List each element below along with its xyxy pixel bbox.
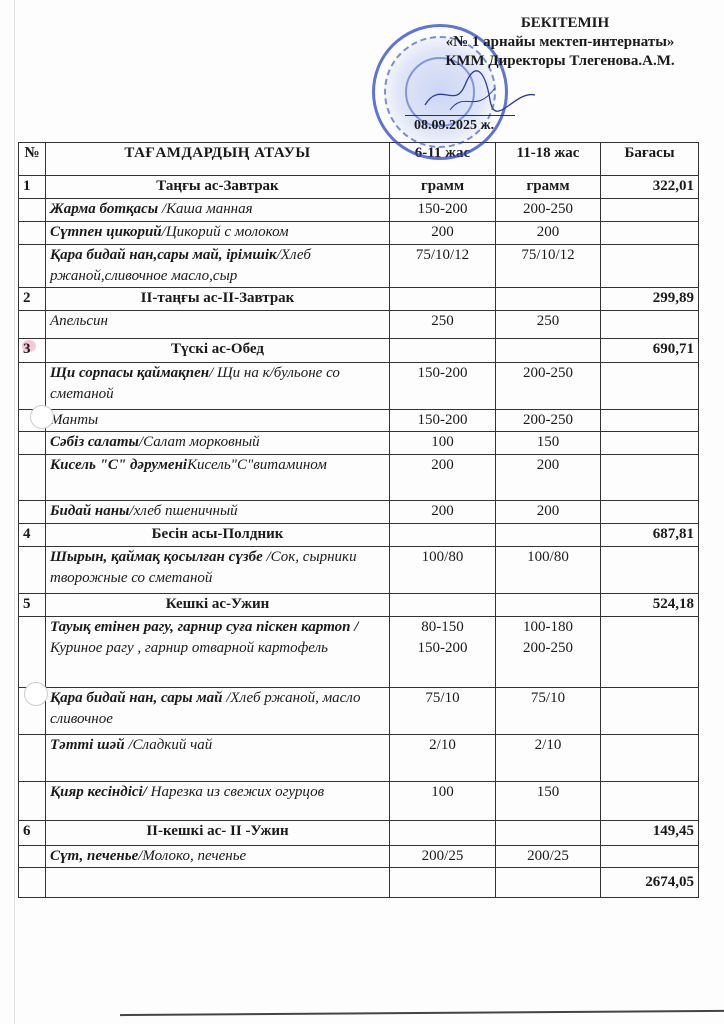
unit-6-11: грамм <box>390 176 496 199</box>
dish-name-ru: /Каша манная <box>158 201 252 217</box>
header-age-11-18: 11-18 жас <box>496 143 601 176</box>
empty-cell <box>601 222 699 245</box>
empty-cell <box>601 617 699 688</box>
meal-title: II-кешкі ас- II -Ужин <box>46 821 390 846</box>
meal-number: 5 <box>19 594 46 617</box>
meal-title: Бесін асы-Полдник <box>46 524 390 547</box>
empty-cell <box>19 501 46 524</box>
portion-6-11: 200/25 <box>390 846 496 868</box>
dish-row: Жарма ботқасы /Каша манная150-200200-250 <box>19 199 699 222</box>
dish-name: Тауық етінен рагу, гарнир суға піскен ка… <box>46 617 390 688</box>
portion-11-18: 75/10 <box>496 688 601 735</box>
meal-title: Таңғы ас-Завтрак <box>46 176 390 199</box>
dish-name-kz: Щи сорпасы қаймақпен <box>50 365 209 381</box>
empty-cell <box>601 782 699 821</box>
approval-date: 08.09.2025 ж. <box>414 118 494 134</box>
total-row: 2674,05 <box>19 868 699 898</box>
dish-name-kz: Жарма ботқасы <box>50 201 158 217</box>
empty-cell <box>19 735 46 782</box>
portion-6-11: 2/10 <box>390 735 496 782</box>
meal-title: Кешкі ас-Ужин <box>46 594 390 617</box>
empty-cell <box>19 432 46 455</box>
portion-6-11: 80-150 150-200 <box>390 617 496 688</box>
unit-6-11 <box>390 594 496 617</box>
empty-cell <box>601 846 699 868</box>
dish-name: Щи сорпасы қаймақпен/ Щи на к/бульоне со… <box>46 363 390 410</box>
approval-block: БЕКІТЕМІН «№ 1 арнайы мектеп-интернаты» … <box>380 14 710 71</box>
portion-11-18: 200-250 <box>496 199 601 222</box>
scan-edge <box>120 1010 724 1016</box>
dish-name-ru: Апельсин <box>50 313 108 329</box>
dish-name-ru: Кисель"С"витамином <box>187 457 327 473</box>
dish-name: Тәтті шәй /Сладкий чай <box>46 735 390 782</box>
portion-11-18: 200-250 <box>496 363 601 410</box>
empty-cell <box>496 868 601 898</box>
dish-name-ru: Нарезка из свежих огурцов <box>147 784 324 800</box>
dish-name-kz: Сүт, печенье <box>50 848 138 864</box>
dish-name-ru: /Молоко, печенье <box>138 848 246 864</box>
dish-name: Сүтпен цикорий/Цикорий с молоком <box>46 222 390 245</box>
unit-11-18 <box>496 821 601 846</box>
menu-body: 1Таңғы ас-Завтракграммграмм322,01Жарма б… <box>19 176 699 898</box>
empty-cell <box>19 245 46 288</box>
portion-11-18: 200-250 <box>496 410 601 432</box>
empty-cell <box>19 547 46 594</box>
dish-name: Бидай наны/хлеб пшеничный <box>46 501 390 524</box>
portion-6-11: 100 <box>390 432 496 455</box>
dish-row: Сәбіз салаты/Салат морковный100150 <box>19 432 699 455</box>
dish-name-kz: Қара бидай нан,сары май, ірімшік <box>50 247 277 263</box>
empty-cell <box>19 617 46 688</box>
dish-name: Жарма ботқасы /Каша манная <box>46 199 390 222</box>
meal-number: 1 <box>19 176 46 199</box>
dish-row: Қара бидай нан,сары май, ірімшік/Хлеб рж… <box>19 245 699 288</box>
portion-6-11: 150-200 <box>390 363 496 410</box>
empty-cell <box>601 410 699 432</box>
portion-11-18: 200 <box>496 501 601 524</box>
dish-row: Манты150-200200-250 <box>19 410 699 432</box>
unit-6-11 <box>390 339 496 363</box>
dish-row: Қияр кесіндісі/ Нарезка из свежих огурцо… <box>19 782 699 821</box>
meal-price: 687,81 <box>601 524 699 547</box>
unit-11-18 <box>496 594 601 617</box>
approval-institution: «№ 1 арнайы мектеп-интернаты» <box>410 33 710 52</box>
empty-cell <box>46 868 390 898</box>
unit-11-18 <box>496 339 601 363</box>
dish-name-ru: /Цикорий с молоком <box>162 224 289 240</box>
unit-11-18 <box>496 288 601 311</box>
empty-cell <box>601 688 699 735</box>
empty-cell <box>19 782 46 821</box>
meal-title: Түскі ас-Обед <box>46 339 390 363</box>
dish-row: Қара бидай нан, сары май /Хлеб ржаной, м… <box>19 688 699 735</box>
empty-cell <box>19 199 46 222</box>
dish-name: Қара бидай нан, сары май /Хлеб ржаной, м… <box>46 688 390 735</box>
dish-name: Қара бидай нан,сары май, ірімшік/Хлеб рж… <box>46 245 390 288</box>
empty-cell <box>19 868 46 898</box>
dish-name-ru: /хлеб пшеничный <box>129 503 237 519</box>
portion-11-18: 2/10 <box>496 735 601 782</box>
dish-name-ru: /Сладкий чай <box>125 737 213 753</box>
portion-6-11: 100 <box>390 782 496 821</box>
header-name: ТАҒАМДАРДЫҢ АТАУЫ <box>46 143 390 176</box>
meal-number: 6 <box>19 821 46 846</box>
unit-11-18: грамм <box>496 176 601 199</box>
menu-table: № ТАҒАМДАРДЫҢ АТАУЫ 6-11 жас 11-18 жас Б… <box>18 142 699 898</box>
meal-price: 149,45 <box>601 821 699 846</box>
meal-row: 3Түскі ас-Обед690,71 <box>19 339 699 363</box>
dish-row: Сүтпен цикорий/Цикорий с молоком200200 <box>19 222 699 245</box>
dish-name: Сәбіз салаты/Салат морковный <box>46 432 390 455</box>
portion-11-18: 200 <box>496 455 601 501</box>
portion-11-18: 200 <box>496 222 601 245</box>
portion-11-18: 150 <box>496 432 601 455</box>
punch-hole <box>24 682 48 706</box>
meal-price: 322,01 <box>601 176 699 199</box>
empty-cell <box>601 501 699 524</box>
empty-cell <box>19 222 46 245</box>
unit-6-11 <box>390 821 496 846</box>
meal-row: 5Кешкі ас-Ужин524,18 <box>19 594 699 617</box>
meal-number: 3 <box>19 339 46 363</box>
portion-11-18: 75/10/12 <box>496 245 601 288</box>
empty-cell <box>601 363 699 410</box>
empty-cell <box>601 311 699 339</box>
empty-cell <box>601 455 699 501</box>
meal-title: II-таңғы ас-II-Завтрак <box>46 288 390 311</box>
empty-cell <box>19 311 46 339</box>
meal-price: 690,71 <box>601 339 699 363</box>
empty-cell <box>19 363 46 410</box>
meal-row: 6II-кешкі ас- II -Ужин149,45 <box>19 821 699 846</box>
total-price: 2674,05 <box>601 868 699 898</box>
empty-cell <box>601 245 699 288</box>
dish-row: Бидай наны/хлеб пшеничный200200 <box>19 501 699 524</box>
dish-row: Щи сорпасы қаймақпен/ Щи на к/бульоне со… <box>19 363 699 410</box>
portion-11-18: 250 <box>496 311 601 339</box>
punch-hole <box>30 405 54 429</box>
dish-name: Апельсин <box>46 311 390 339</box>
approval-title: БЕКІТЕМІН <box>420 14 710 33</box>
dish-name-ru: /Салат морковный <box>139 434 260 450</box>
dish-name: Кисель "С" дәруменіКисель"С"витамином <box>46 455 390 501</box>
portion-6-11: 75/10/12 <box>390 245 496 288</box>
portion-6-11: 75/10 <box>390 688 496 735</box>
portion-6-11: 250 <box>390 311 496 339</box>
portion-11-18: 150 <box>496 782 601 821</box>
unit-11-18 <box>496 524 601 547</box>
empty-cell <box>19 455 46 501</box>
portion-11-18: 100-180 200-250 <box>496 617 601 688</box>
dish-name-kz: Бидай наны <box>50 503 129 519</box>
portion-6-11: 150-200 <box>390 410 496 432</box>
dish-name: Сүт, печенье/Молоко, печенье <box>46 846 390 868</box>
empty-cell <box>601 199 699 222</box>
empty-cell <box>601 547 699 594</box>
header-num: № <box>19 143 46 176</box>
meal-row: 1Таңғы ас-Завтракграммграмм322,01 <box>19 176 699 199</box>
dish-name: Манты <box>46 410 390 432</box>
approval-director: КММ Директоры Тлегенова.А.М. <box>410 52 710 71</box>
empty-cell <box>19 846 46 868</box>
portion-6-11: 200 <box>390 455 496 501</box>
meal-number: 2 <box>19 288 46 311</box>
dish-name-kz: Тауық етінен рагу, гарнир суға піскен ка… <box>50 619 358 635</box>
dish-row: Сүт, печенье/Молоко, печенье200/25200/25 <box>19 846 699 868</box>
unit-6-11 <box>390 524 496 547</box>
dish-name: Қияр кесіндісі/ Нарезка из свежих огурцо… <box>46 782 390 821</box>
header-row: № ТАҒАМДАРДЫҢ АТАУЫ 6-11 жас 11-18 жас Б… <box>19 143 699 176</box>
dish-row: Апельсин250250 <box>19 311 699 339</box>
meal-row: 2II-таңғы ас-II-Завтрак299,89 <box>19 288 699 311</box>
portion-6-11: 200 <box>390 222 496 245</box>
dish-name-kz: Қияр кесіндісі/ <box>50 784 147 800</box>
dish-name-kz: Қара бидай нан, сары май <box>50 690 223 706</box>
dish-row: Тәтті шәй /Сладкий чай2/102/10 <box>19 735 699 782</box>
portion-6-11: 150-200 <box>390 199 496 222</box>
dish-row: Кисель "С" дәруменіКисель"С"витамином200… <box>19 455 699 501</box>
meal-price: 524,18 <box>601 594 699 617</box>
dish-name-ru: Манты <box>50 412 98 428</box>
dish-name-kz: Кисель "С" дәрумені <box>50 457 187 473</box>
meal-row: 4Бесін асы-Полдник687,81 <box>19 524 699 547</box>
portion-11-18: 200/25 <box>496 846 601 868</box>
dish-row: Тауық етінен рагу, гарнир суға піскен ка… <box>19 617 699 688</box>
dish-name-kz: Сүтпен цикорий <box>50 224 162 240</box>
dish-name-kz: Тәтті шәй <box>50 737 125 753</box>
dish-name: Шырын, қаймақ қосылған сүзбе /Сок, сырни… <box>46 547 390 594</box>
unit-6-11 <box>390 288 496 311</box>
dish-row: Шырын, қаймақ қосылған сүзбе /Сок, сырни… <box>19 547 699 594</box>
portion-6-11: 100/80 <box>390 547 496 594</box>
meal-price: 299,89 <box>601 288 699 311</box>
portion-6-11: 200 <box>390 501 496 524</box>
signature-line <box>405 115 515 116</box>
empty-cell <box>601 735 699 782</box>
meal-number: 4 <box>19 524 46 547</box>
dish-name-ru: Куриное рагу , гарнир отварной картофель <box>50 640 328 656</box>
header-price: Бағасы <box>601 143 699 176</box>
dish-name-kz: Сәбіз салаты <box>50 434 139 450</box>
page-edge <box>14 0 15 1024</box>
empty-cell <box>601 432 699 455</box>
portion-11-18: 100/80 <box>496 547 601 594</box>
empty-cell <box>390 868 496 898</box>
dish-name-kz: Шырын, қаймақ қосылған сүзбе <box>50 549 263 565</box>
